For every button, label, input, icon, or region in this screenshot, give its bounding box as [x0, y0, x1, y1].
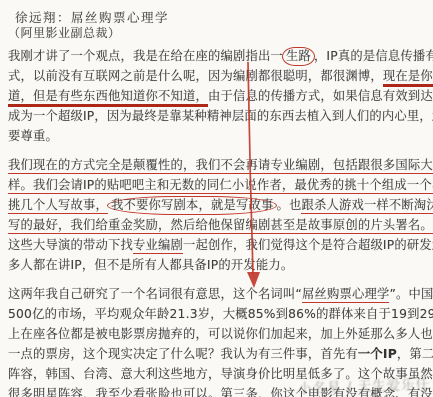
- page-title: 徐远翔：屌丝购票心理学: [15, 10, 427, 26]
- text-segment: ，IP真的是信息传播有效的传达方: [314, 49, 433, 63]
- text-line: 上在座各位都是被电影票房抛弃的，可以说你们加起来，加上外延那么多人也就是10%多: [8, 324, 427, 344]
- text-segment: 上在座各位都是被电影票房抛弃的，可以说你们加起来，加上外延那么多人也就是10%多: [8, 327, 433, 341]
- text-segment: 一起创作，我们觉得这个是符合超级IP的研发过程。现在很: [183, 238, 433, 252]
- watermark-illegible: 小名易 / 天生爱乐任: [298, 373, 431, 397]
- text-segment: ，第二是强大的明星: [397, 347, 433, 361]
- red-underline-annotation: 样。我们会请IP的贴吧吧主和无数的同仁小说作者，最优秀的挑十个组成一个小组，然后…: [8, 178, 433, 194]
- page-subtitle: （阿里影业副总裁）: [8, 26, 427, 41]
- paragraph: 我刚才讲了一个观点，我是在给在座的编剧指出一生路，IP真的是信息传播有效的传达方…: [8, 46, 427, 146]
- text-line: 我们现在的方式完全是颠覆性的，我们不会再请专业编剧，包括跟很多国际大导演谈都是这: [8, 155, 427, 175]
- text-segment: 多人都在讲IP，但不是所有人都具备IP的开发能力。: [8, 258, 293, 272]
- text-segment: 式，以前没有互联网之前是什么呢，因为编剧都很聪明，都很渊博，: [8, 69, 383, 83]
- text-line: 成为一个超级IP，因为最终是靠某种精神层面的东西去植入到人们的内心里，这个东西我…: [8, 106, 427, 126]
- text-line: 要尊重。: [8, 126, 427, 146]
- bold-text: 一个IP: [358, 347, 397, 361]
- text-line: 多人都在讲IP，但不是所有人都具备IP的开发能力。: [8, 255, 427, 275]
- paragraph: 我们现在的方式完全是颠覆性的，我们不会再请专业编剧，包括跟很多国际大导演谈都是这…: [8, 155, 427, 275]
- text-segment: 这些大导演的带动下找: [8, 238, 133, 252]
- text-line: 写的最好，我们给重金奖励，然后给他保留编剧甚至是故事原创的片头署名。然后我们再在: [8, 215, 427, 235]
- document-body: 我刚才讲了一个观点，我是在给在座的编剧指出一生路，IP真的是信息传播有效的传达方…: [8, 46, 427, 397]
- text-line: 道，但是有些东西他知道你不知道，由于信息的传播方式，如果信息有效到达，人越多就越: [8, 86, 427, 106]
- text-line: 式，以前没有互联网之前是什么呢，因为编剧都很聪明，都很渊博，现在是你知道他也知: [8, 66, 427, 86]
- text-line: 500亿的市场，平均观众年龄21.3岁，大概85%到86%的群体来自于19到29…: [8, 304, 427, 324]
- red-underline-annotation: 写的最好，我们给重金奖励，然后给他保留编剧甚至是故事原创的片头署名。: [8, 218, 433, 234]
- text-line: 挑几个人写故事，我不要你写剧本，就是写故事。也跟杀人游戏一样不断淘汰，最后那个人: [8, 195, 427, 215]
- text-segment: 由于信息的传播方式，如果信息有效到达，人越多就越: [208, 89, 433, 103]
- text-line: 这些大导演的带动下找专业编剧一起创作，我们觉得这个是符合超级IP的研发过程。现在…: [8, 235, 427, 255]
- text-line: 一点的票房，这个现实决定了什么呢？我认为有三件事，首先有一个IP，第二是强大的明…: [8, 344, 427, 364]
- text-segment: 要尊重。: [8, 129, 58, 143]
- document-content: 徐远翔：屌丝购票心理学 （阿里影业副总裁） 我刚才讲了一个观点，我是在给在座的编…: [0, 0, 433, 397]
- red-underline-annotation: 专业编剧: [133, 238, 183, 254]
- text-line: 我刚才讲了一个观点，我是在给在座的编剧指出一生路，IP真的是信息传播有效的传达方: [8, 46, 427, 66]
- red-underline-annotation: 我们现在的方式完全是颠覆性的，我们不会再请专业编剧，包括跟很多国际大导演谈都是这: [8, 158, 433, 174]
- document-page: 徐远翔：屌丝购票心理学 （阿里影业副总裁） 我刚才讲了一个观点，我是在给在座的编…: [0, 0, 433, 397]
- text-segment: 我刚才讲了一个观点，我是在给在座的编剧指出一: [8, 49, 283, 63]
- text-segment: ”。中国电影市场接近: [389, 287, 433, 301]
- text-line: 这两年我自己研究了一个名词很有意思，这个名词叫“屌丝购票心理学”。中国电影市场接…: [8, 284, 427, 304]
- text-segment: 一点的票房，这个现实决定了什么呢？我认为有三件事，首先有: [8, 347, 358, 361]
- text-segment: 这两年我自己研究了一个名词很有意思，这个名词叫“: [8, 287, 302, 301]
- text-segment: 。也: [276, 198, 301, 212]
- red-circle-annotation: 生路: [282, 47, 315, 66]
- red-underline-annotation: 挑几个人写故事，: [8, 198, 108, 214]
- text-segment: 500亿的市场，平均观众年龄21.3岁，大概85%到86%的群体来自于19到29…: [8, 307, 433, 321]
- red-underline-thick-annotation: 道，但是有些东西他知道你不知道，: [8, 89, 208, 107]
- text-segment: 成为一个超级IP，因为最终是靠某种精神层面的东西去植入到人们的内心里，这个东西我…: [8, 109, 433, 123]
- red-underline-thick-annotation: 现在是你知道他也知: [383, 69, 433, 87]
- text-line: 样。我们会请IP的贴吧吧主和无数的同仁小说作者，最优秀的挑十个组成一个小组，然后…: [8, 175, 427, 195]
- red-underline-annotation: 屌丝购票心理学: [302, 287, 389, 303]
- red-underline-annotation: 跟杀人游戏一样不断淘汰，最后那个人: [301, 198, 433, 214]
- red-circle-annotation: 我不要你写剧本，就是写故事: [107, 196, 277, 215]
